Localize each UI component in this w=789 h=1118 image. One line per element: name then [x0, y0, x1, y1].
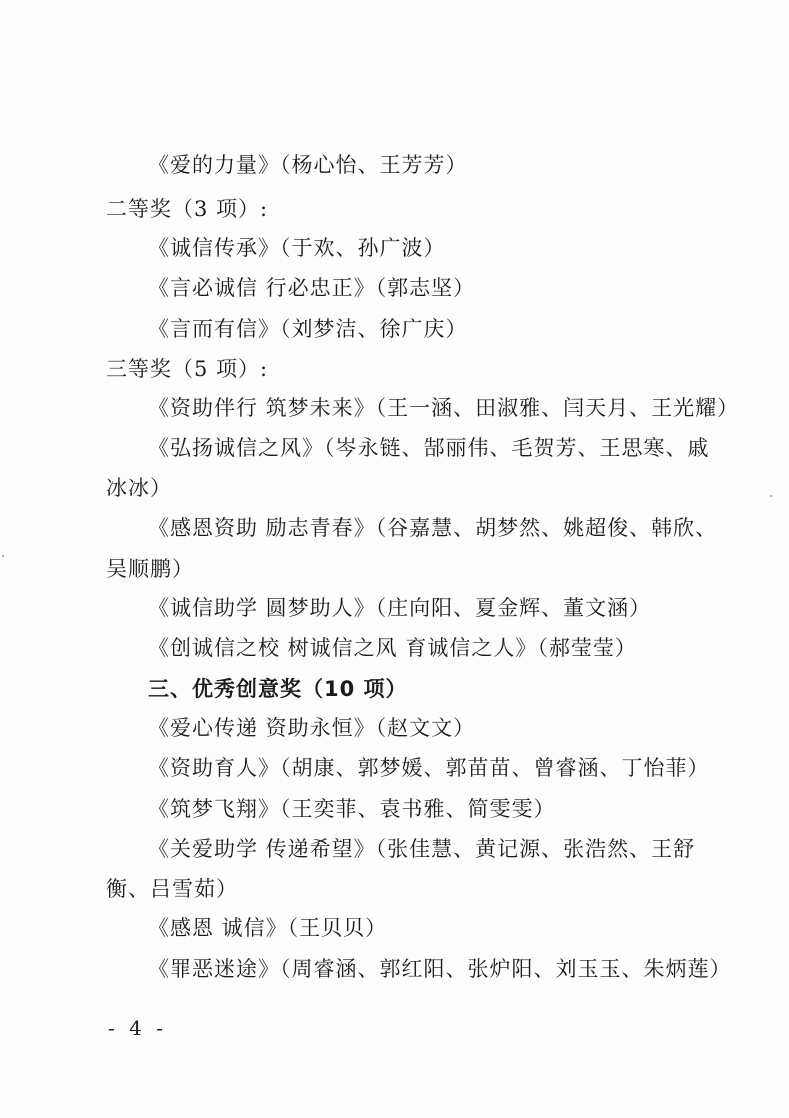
award-entry-continuation: 衡、吕雪茹） — [106, 875, 238, 903]
award-entry: 《爱的力量》（杨心怡、王芳芳） — [148, 151, 468, 179]
document-page: 《爱的力量》（杨心怡、王芳芳） 二等奖（3 项）: 《诚信传承》（于欢、孙广波）… — [0, 0, 789, 1118]
award-entry: 《资助育人》（胡康、郭梦媛、郭苗苗、曾睿涵、丁怡菲） — [148, 754, 710, 782]
scan-speck — [770, 495, 772, 497]
award-entry-continuation: 吴顺鹏） — [106, 555, 194, 583]
section-heading-creative-award: 三、优秀创意奖（10 项） — [148, 675, 408, 703]
award-entry: 《爱心传递 资助永恒》（赵文文） — [148, 714, 475, 742]
award-entry-continuation: 冰冰） — [106, 474, 172, 502]
award-category-second-prize: 二等奖（3 项）: — [106, 195, 268, 223]
scan-speck — [2, 555, 4, 557]
award-entry: 《感恩 诚信》（王贝贝） — [148, 914, 387, 942]
award-entry: 《感恩资助 励志青春》（谷嘉慧、胡梦然、姚超俊、韩欣、 — [148, 514, 717, 542]
award-entry: 《弘扬诚信之风》（岑永链、郜丽伟、毛贺芳、王思寒、戚 — [148, 434, 710, 462]
award-category-third-prize: 三等奖（5 项）: — [106, 355, 268, 383]
award-entry: 《筑梦飞翔》（王奕菲、袁书雅、简雯雯） — [148, 795, 556, 823]
page-number: - 4 - — [108, 1016, 167, 1040]
award-entry: 《罪恶迷途》（周睿涵、郭红阳、张炉阳、刘玉玉、朱炳莲） — [148, 955, 732, 983]
award-entry: 《诚信传承》（于欢、孙广波） — [148, 234, 446, 262]
award-entry: 《关爱助学 传递希望》（张佳慧、黄记源、张浩然、王舒 — [148, 835, 695, 863]
award-entry: 《诚信助学 圆梦助人》（庄向阳、夏金辉、董文涵） — [148, 594, 651, 622]
award-entry: 《资助伴行 筑梦未来》（王一涵、田淑雅、闫天月、王光耀） — [148, 394, 739, 422]
award-entry: 《言而有信》（刘梦洁、徐广庆） — [148, 315, 468, 343]
award-entry: 《言必诚信 行必忠正》（郭志坚） — [148, 274, 475, 302]
award-entry: 《创诚信之校 树诚信之风 育诚信之人》（郝莹莹） — [148, 634, 637, 662]
